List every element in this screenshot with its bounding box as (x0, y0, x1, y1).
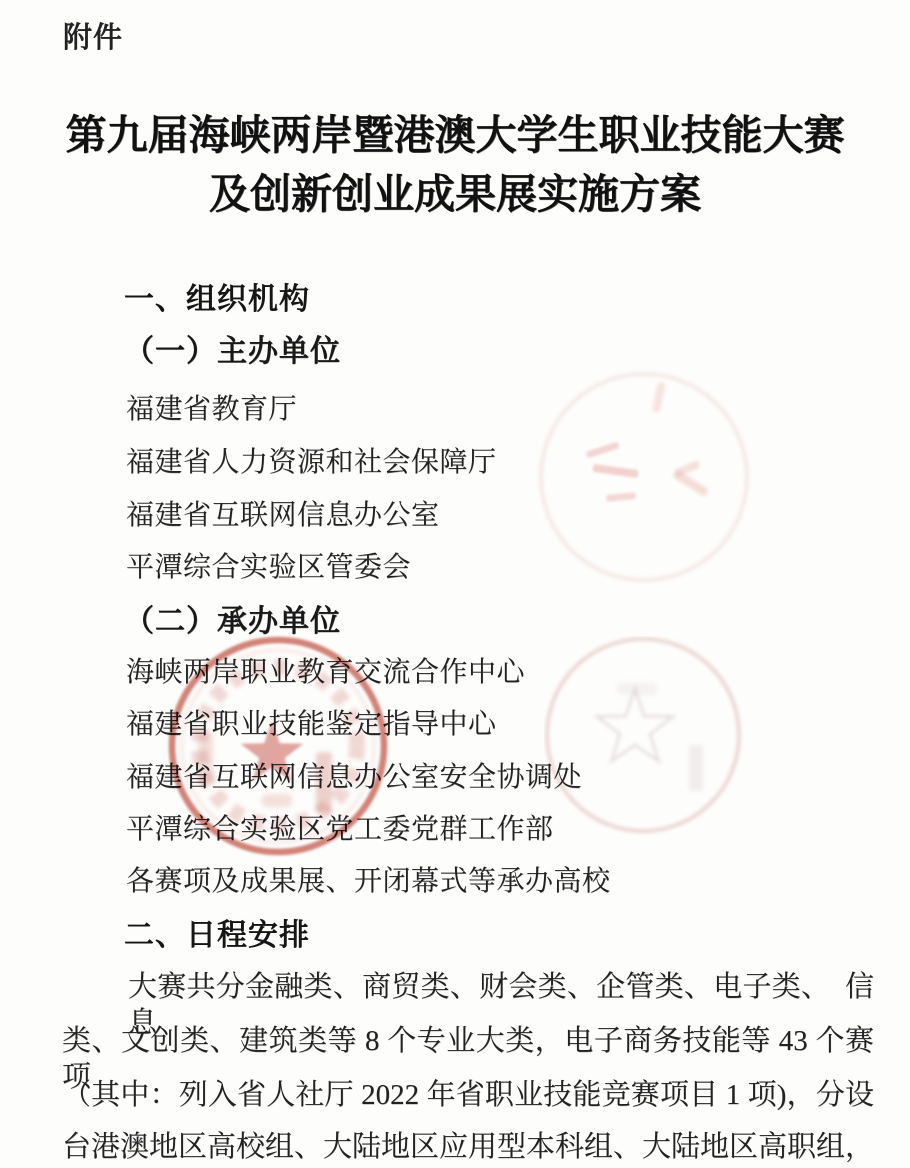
document-title-line-2: 及创新创业成果展实施方案 (0, 169, 910, 220)
organizer-subheading: （一）主办单位 (124, 333, 341, 371)
document-title-line-1: 第九届海峡两岸暨港澳大学生职业技能大赛 (0, 110, 910, 161)
scanned-document-page: 附件 第九届海峡两岸暨港澳大学生职业技能大赛 及创新创业成果展实施方案 一、组织… (0, 0, 910, 1168)
undertaker-item: 福建省职业技能鉴定指导中心 (126, 707, 497, 742)
section-1-heading: 一、组织机构 (124, 281, 310, 319)
organizer-item: 福建省互联网信息办公室 (126, 498, 440, 533)
undertaker-item: 各赛项及成果展、开闭幕式等承办高校 (126, 864, 611, 899)
organizer-item: 平潭综合实验区管委会 (126, 550, 411, 585)
organizer-item: 福建省人力资源和社会保障厅 (126, 445, 497, 480)
paragraph-line: 台港澳地区高校组、大陆地区应用型本科组、大陆地区高职组， (62, 1129, 874, 1165)
faint-seal-right-icon (544, 636, 744, 836)
undertaker-item: 平潭综合实验区党工委党群工作部 (126, 812, 554, 847)
undertaker-subheading: （二）承办单位 (124, 603, 341, 641)
undertaker-item: 海峡两岸职业教育交流合作中心 (126, 655, 525, 690)
section-2-heading: 二、日程安排 (124, 917, 310, 955)
organizer-item: 福建省教育厅 (126, 392, 297, 427)
paragraph-line: （其中：列入省人社厅 2022 年省职业技能竞赛项目 1 项)，分设 (62, 1077, 874, 1113)
attachment-label: 附件 (63, 20, 123, 56)
faint-seal-top-icon (535, 368, 753, 586)
undertaker-item: 福建省互联网信息办公室安全协调处 (126, 760, 582, 795)
